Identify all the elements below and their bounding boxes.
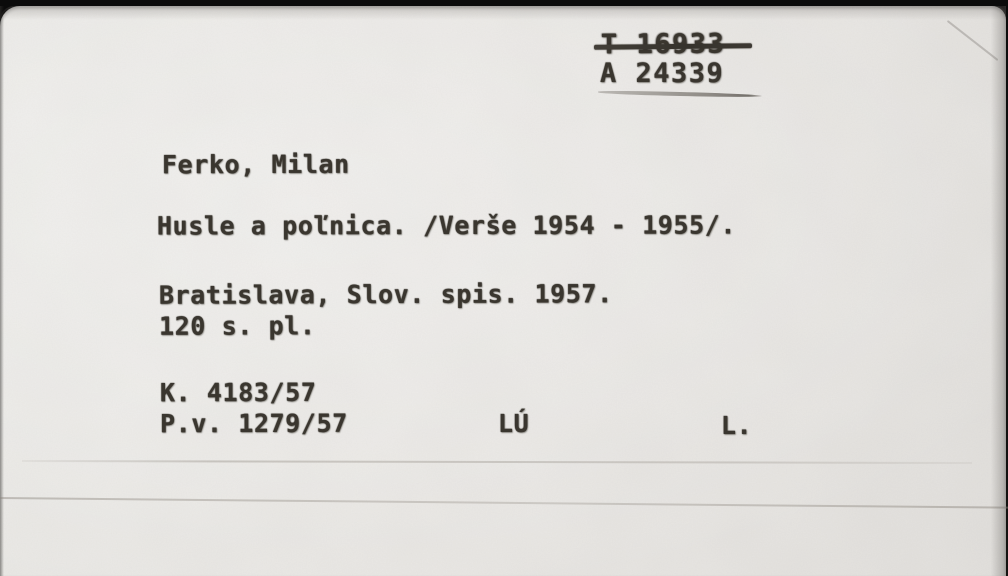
imprint-line: Bratislava, Slov. spis. 1957. [159, 279, 613, 310]
collation-line: 120 s. pl. [159, 311, 316, 341]
reference-numbers-block: K. 4183/57P.v. 1279/57 [160, 377, 348, 439]
scanner-background: T 16933 A 24339 Ferko, Milan Husle a poľ… [0, 0, 1008, 576]
title-statement: Husle a poľnica. /Verše 1954 - 1955/. [157, 209, 736, 241]
card-left-edge-shadow [0, 6, 4, 576]
accession-underline-mark [598, 90, 762, 98]
author-heading: Ferko, Milan [162, 149, 350, 180]
faint-rule-line-2 [0, 497, 1008, 508]
corner-crease [947, 20, 999, 61]
library-code-lu: LÚ [498, 408, 529, 439]
accession-number: A 24339 [600, 58, 724, 89]
k-number: K. 4183/57 [160, 378, 317, 407]
faint-rule-line-1 [22, 460, 972, 463]
imprint-block: Bratislava, Slov. spis. 1957.120 s. pl. [159, 278, 613, 342]
pv-number: P.v. 1279/57 [160, 409, 348, 438]
strikethrough-mark [594, 43, 752, 49]
library-code-l: L. [721, 410, 752, 441]
catalog-card: T 16933 A 24339 Ferko, Milan Husle a poľ… [0, 6, 1006, 576]
